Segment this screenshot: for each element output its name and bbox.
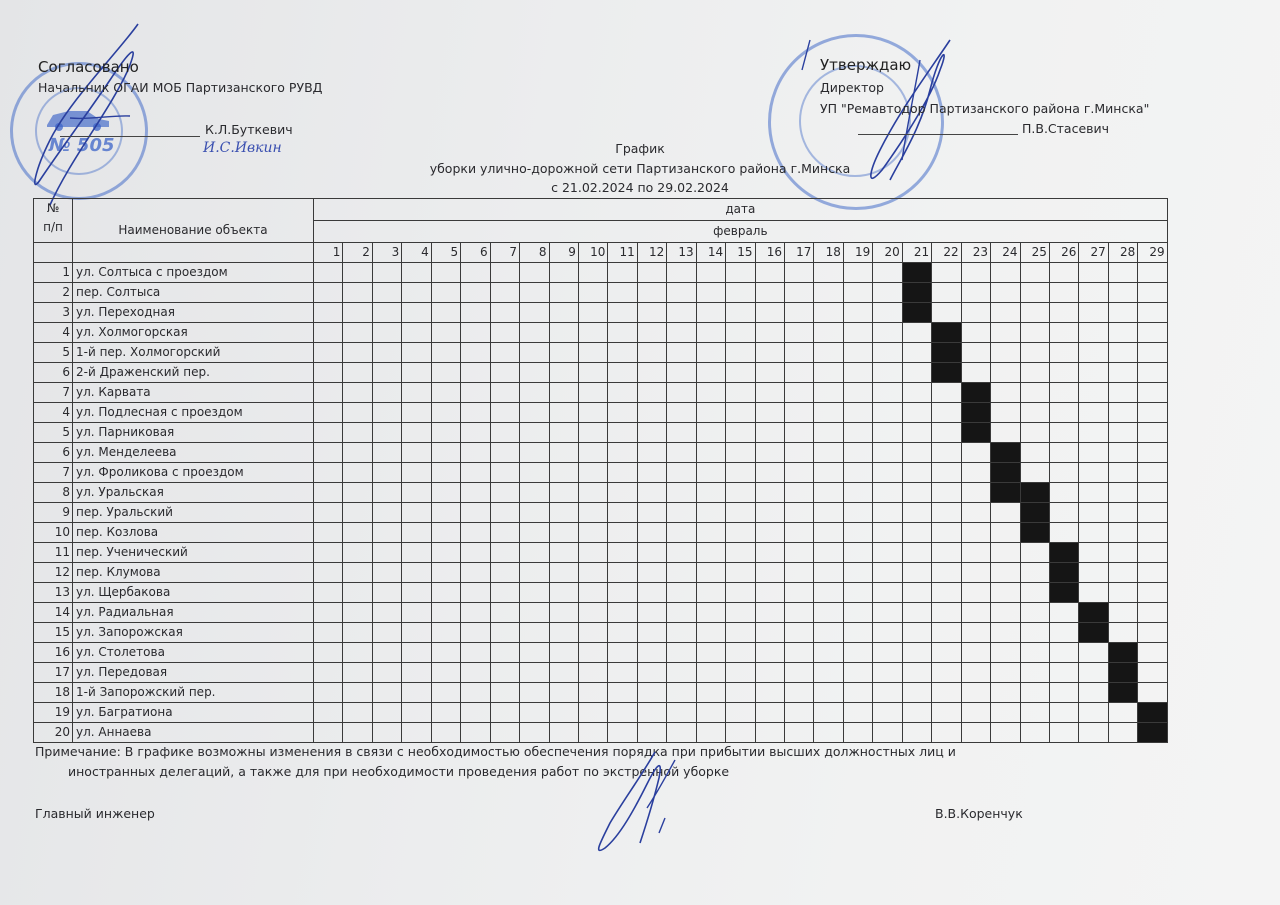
schedule-cell	[314, 423, 343, 443]
schedule-cell	[696, 723, 725, 743]
schedule-cell	[314, 683, 343, 703]
schedule-cell	[343, 423, 372, 443]
schedule-cell	[578, 423, 607, 443]
schedule-cell	[431, 403, 460, 423]
row-number: 7	[34, 463, 73, 483]
schedule-cell	[549, 663, 578, 683]
schedule-cell	[843, 483, 872, 503]
schedule-cell	[961, 503, 990, 523]
schedule-cell	[696, 563, 725, 583]
schedule-cell	[667, 643, 696, 663]
schedule-cell	[961, 663, 990, 683]
schedule-cell	[608, 423, 637, 443]
schedule-cell	[431, 483, 460, 503]
schedule-cell	[549, 563, 578, 583]
schedule-cell	[461, 423, 490, 443]
schedule-cell	[755, 383, 784, 403]
schedule-cell	[961, 583, 990, 603]
schedule-cell	[314, 703, 343, 723]
scheduled-cell	[902, 263, 931, 283]
schedule-cell	[814, 443, 843, 463]
schedule-cell	[726, 483, 755, 503]
schedule-cell	[578, 523, 607, 543]
schedule-cell	[1049, 263, 1078, 283]
schedule-cell	[755, 583, 784, 603]
schedule-cell	[1108, 303, 1137, 323]
schedule-cell	[1020, 263, 1049, 283]
schedule-cell	[1138, 623, 1167, 643]
schedule-cell	[696, 583, 725, 603]
document-title: График	[540, 141, 740, 156]
schedule-cell	[785, 563, 814, 583]
schedule-cell	[1020, 283, 1049, 303]
schedule-cell	[843, 703, 872, 723]
schedule-cell	[726, 603, 755, 623]
schedule-cell	[932, 503, 961, 523]
day-number: 7	[490, 243, 519, 263]
schedule-cell	[1108, 363, 1137, 383]
schedule-cell	[785, 643, 814, 663]
schedule-cell	[1049, 643, 1078, 663]
schedule-cell	[696, 283, 725, 303]
schedule-cell	[372, 683, 401, 703]
schedule-cell	[314, 323, 343, 343]
row-number: 15	[34, 623, 73, 643]
schedule-cell	[696, 683, 725, 703]
schedule-cell	[549, 623, 578, 643]
approval-left-signatory: К.Л.Буткевич	[205, 122, 293, 137]
schedule-cell	[1138, 683, 1167, 703]
schedule-cell	[431, 563, 460, 583]
schedule-cell	[873, 363, 902, 383]
table-row: 6ул. Менделеева	[34, 443, 1168, 463]
schedule-cell	[608, 323, 637, 343]
schedule-cell	[490, 383, 519, 403]
schedule-cell	[637, 443, 666, 463]
schedule-cell	[814, 623, 843, 643]
row-object-name: ул. Переходная	[73, 303, 314, 323]
row-object-name: 1-й пер. Холмогорский	[73, 343, 314, 363]
header-name-empty	[73, 243, 314, 263]
row-object-name: ул. Карвата	[73, 383, 314, 403]
scheduled-cell	[1079, 623, 1108, 643]
schedule-cell	[1108, 283, 1137, 303]
schedule-cell	[520, 523, 549, 543]
schedule-cell	[873, 483, 902, 503]
schedule-cell	[461, 263, 490, 283]
schedule-cell	[726, 323, 755, 343]
schedule-cell	[961, 563, 990, 583]
schedule-cell	[814, 323, 843, 343]
schedule-cell	[873, 663, 902, 683]
schedule-cell	[549, 363, 578, 383]
schedule-cell	[726, 403, 755, 423]
day-number: 24	[991, 243, 1020, 263]
schedule-cell	[902, 403, 931, 423]
schedule-cell	[785, 343, 814, 363]
schedule-cell	[431, 383, 460, 403]
schedule-cell	[1020, 403, 1049, 423]
schedule-cell	[461, 443, 490, 463]
schedule-cell	[1020, 583, 1049, 603]
schedule-cell	[843, 343, 872, 363]
schedule-cell	[637, 523, 666, 543]
schedule-cell	[549, 523, 578, 543]
schedule-cell	[314, 503, 343, 523]
row-number: 20	[34, 723, 73, 743]
schedule-cell	[961, 283, 990, 303]
schedule-cell	[490, 363, 519, 383]
schedule-cell	[1108, 403, 1137, 423]
schedule-cell	[520, 443, 549, 463]
schedule-cell	[372, 503, 401, 523]
schedule-cell	[961, 463, 990, 483]
schedule-cell	[843, 623, 872, 643]
schedule-cell	[520, 563, 549, 583]
schedule-cell	[726, 723, 755, 743]
day-number: 14	[696, 243, 725, 263]
schedule-cell	[372, 343, 401, 363]
schedule-cell	[431, 703, 460, 723]
schedule-cell	[902, 523, 931, 543]
schedule-cell	[461, 643, 490, 663]
schedule-cell	[402, 603, 431, 623]
schedule-cell	[314, 663, 343, 683]
schedule-cell	[902, 663, 931, 683]
schedule-cell	[785, 463, 814, 483]
schedule-cell	[1079, 663, 1108, 683]
footer-signatory: В.В.Коренчук	[935, 806, 1023, 821]
schedule-cell	[961, 323, 990, 343]
schedule-cell	[402, 283, 431, 303]
row-object-name: ул. Солтыса с проездом	[73, 263, 314, 283]
schedule-cell	[814, 403, 843, 423]
schedule-cell	[1138, 323, 1167, 343]
day-number: 8	[520, 243, 549, 263]
schedule-cell	[991, 423, 1020, 443]
schedule-cell	[932, 463, 961, 483]
schedule-cell	[785, 323, 814, 343]
approval-left-heading: Согласовано	[38, 58, 139, 76]
schedule-cell	[402, 403, 431, 423]
schedule-cell	[961, 643, 990, 663]
schedule-cell	[785, 483, 814, 503]
row-number: 4	[34, 323, 73, 343]
schedule-cell	[549, 423, 578, 443]
schedule-cell	[520, 363, 549, 383]
table-row: 11пер. Ученический	[34, 543, 1168, 563]
row-object-name: пер. Солтыса	[73, 283, 314, 303]
table-row: 19ул. Багратиона	[34, 703, 1168, 723]
row-number: 11	[34, 543, 73, 563]
schedule-cell	[520, 483, 549, 503]
schedule-cell	[1079, 703, 1108, 723]
row-object-name: 2-й Драженский пер.	[73, 363, 314, 383]
schedule-cell	[402, 583, 431, 603]
day-number: 20	[873, 243, 902, 263]
schedule-cell	[843, 563, 872, 583]
schedule-cell	[726, 663, 755, 683]
schedule-cell	[343, 463, 372, 483]
schedule-cell	[873, 683, 902, 703]
schedule-cell	[991, 383, 1020, 403]
scheduled-cell	[932, 363, 961, 383]
schedule-cell	[1108, 523, 1137, 543]
schedule-cell	[814, 583, 843, 603]
schedule-cell	[1020, 463, 1049, 483]
schedule-cell	[1049, 283, 1078, 303]
schedule-cell	[1108, 723, 1137, 743]
schedule-cell	[785, 543, 814, 563]
schedule-cell	[549, 463, 578, 483]
table-row: 7ул. Фроликова с проездом	[34, 463, 1168, 483]
schedule-cell	[902, 603, 931, 623]
row-object-name: пер. Клумова	[73, 563, 314, 583]
row-number: 19	[34, 703, 73, 723]
day-number: 4	[402, 243, 431, 263]
schedule-cell	[1049, 403, 1078, 423]
row-object-name: ул. Парниковая	[73, 423, 314, 443]
schedule-cell	[1079, 463, 1108, 483]
schedule-cell	[1138, 583, 1167, 603]
schedule-cell	[696, 303, 725, 323]
schedule-cell	[608, 283, 637, 303]
schedule-cell	[873, 563, 902, 583]
schedule-cell	[1020, 363, 1049, 383]
schedule-cell	[814, 283, 843, 303]
schedule-cell	[549, 263, 578, 283]
schedule-cell	[314, 343, 343, 363]
schedule-cell	[932, 703, 961, 723]
schedule-cell	[461, 403, 490, 423]
schedule-cell	[726, 463, 755, 483]
schedule-cell	[1138, 343, 1167, 363]
schedule-cell	[637, 403, 666, 423]
schedule-cell	[726, 383, 755, 403]
schedule-cell	[1049, 523, 1078, 543]
table-row: 4ул. Холмогорская	[34, 323, 1168, 343]
scheduled-cell	[932, 323, 961, 343]
schedule-cell	[814, 603, 843, 623]
schedule-cell	[578, 363, 607, 383]
schedule-cell	[578, 443, 607, 463]
schedule-cell	[902, 483, 931, 503]
day-number: 16	[755, 243, 784, 263]
schedule-cell	[1138, 563, 1167, 583]
scheduled-cell	[961, 383, 990, 403]
signature-footer	[585, 748, 695, 858]
schedule-cell	[549, 343, 578, 363]
schedule-cell	[402, 363, 431, 383]
schedule-cell	[608, 683, 637, 703]
schedule-cell	[1020, 423, 1049, 443]
schedule-cell	[549, 443, 578, 463]
schedule-cell	[372, 703, 401, 723]
day-number: 28	[1108, 243, 1137, 263]
schedule-cell	[549, 583, 578, 603]
row-number: 1	[34, 263, 73, 283]
day-number: 27	[1079, 243, 1108, 263]
schedule-cell	[578, 583, 607, 603]
schedule-cell	[785, 603, 814, 623]
row-object-name: ул. Столетова	[73, 643, 314, 663]
schedule-cell	[578, 703, 607, 723]
schedule-cell	[726, 623, 755, 643]
schedule-cell	[402, 563, 431, 583]
header-month: февраль	[314, 221, 1168, 243]
schedule-cell	[549, 303, 578, 323]
schedule-cell	[1020, 323, 1049, 343]
schedule-cell	[578, 483, 607, 503]
schedule-cell	[343, 503, 372, 523]
row-number: 14	[34, 603, 73, 623]
scheduled-cell	[902, 283, 931, 303]
row-number: 3	[34, 303, 73, 323]
day-number: 2	[343, 243, 372, 263]
schedule-cell	[578, 403, 607, 423]
schedule-cell	[873, 503, 902, 523]
schedule-cell	[549, 603, 578, 623]
schedule-cell	[696, 363, 725, 383]
schedule-cell	[402, 663, 431, 683]
schedule-cell	[755, 263, 784, 283]
schedule-cell	[667, 463, 696, 483]
header-number: №п/п	[34, 199, 73, 243]
schedule-cell	[372, 643, 401, 663]
schedule-cell	[637, 423, 666, 443]
schedule-cell	[461, 323, 490, 343]
schedule-cell	[785, 423, 814, 443]
schedule-cell	[490, 583, 519, 603]
scheduled-cell	[1020, 503, 1049, 523]
schedule-cell	[902, 503, 931, 523]
schedule-cell	[961, 483, 990, 503]
schedule-cell	[785, 523, 814, 543]
schedule-cell	[549, 723, 578, 743]
schedule-cell	[696, 403, 725, 423]
table-row: 181-й Запорожский пер.	[34, 683, 1168, 703]
day-number: 1	[314, 243, 343, 263]
schedule-cell	[667, 603, 696, 623]
schedule-cell	[726, 303, 755, 323]
header-object-name: Наименование объекта	[73, 199, 314, 243]
schedule-cell	[314, 583, 343, 603]
schedule-cell	[343, 403, 372, 423]
schedule-cell	[1049, 683, 1078, 703]
schedule-cell	[431, 583, 460, 603]
schedule-cell	[372, 623, 401, 643]
row-number: 13	[34, 583, 73, 603]
schedule-cell	[490, 623, 519, 643]
schedule-cell	[814, 723, 843, 743]
schedule-cell	[637, 703, 666, 723]
row-object-name: ул. Менделеева	[73, 443, 314, 463]
schedule-cell	[402, 483, 431, 503]
schedule-cell	[814, 343, 843, 363]
schedule-cell	[549, 683, 578, 703]
schedule-cell	[667, 523, 696, 543]
scheduled-cell	[1108, 663, 1137, 683]
schedule-cell	[843, 263, 872, 283]
schedule-cell	[843, 503, 872, 523]
schedule-cell	[755, 323, 784, 343]
row-number: 5	[34, 423, 73, 443]
schedule-cell	[1108, 343, 1137, 363]
schedule-cell	[667, 503, 696, 523]
schedule-cell	[461, 683, 490, 703]
schedule-cell	[637, 603, 666, 623]
schedule-cell	[873, 603, 902, 623]
schedule-cell	[873, 283, 902, 303]
schedule-cell	[843, 283, 872, 303]
schedule-cell	[696, 383, 725, 403]
schedule-cell	[843, 463, 872, 483]
schedule-cell	[814, 463, 843, 483]
schedule-cell	[578, 683, 607, 703]
schedule-cell	[431, 423, 460, 443]
schedule-cell	[961, 623, 990, 643]
schedule-cell	[1020, 563, 1049, 583]
schedule-cell	[961, 603, 990, 623]
schedule-cell	[667, 343, 696, 363]
scheduled-cell	[1049, 563, 1078, 583]
schedule-cell	[902, 623, 931, 643]
schedule-cell	[726, 343, 755, 363]
schedule-cell	[314, 443, 343, 463]
schedule-cell	[314, 463, 343, 483]
schedule-cell	[961, 443, 990, 463]
schedule-cell	[932, 643, 961, 663]
schedule-cell	[343, 303, 372, 323]
schedule-cell	[578, 603, 607, 623]
schedule-cell	[314, 563, 343, 583]
schedule-cell	[372, 583, 401, 603]
schedule-cell	[343, 263, 372, 283]
schedule-cell	[1138, 523, 1167, 543]
schedule-cell	[902, 723, 931, 743]
schedule-cell	[343, 663, 372, 683]
row-object-name: пер. Ученический	[73, 543, 314, 563]
scheduled-cell	[932, 343, 961, 363]
schedule-cell	[785, 683, 814, 703]
schedule-cell	[549, 323, 578, 343]
schedule-cell	[961, 683, 990, 703]
schedule-cell	[932, 543, 961, 563]
row-number: 7	[34, 383, 73, 403]
schedule-cell	[1138, 503, 1167, 523]
schedule-cell	[991, 343, 1020, 363]
schedule-cell	[608, 663, 637, 683]
schedule-cell	[814, 423, 843, 443]
schedule-cell	[873, 323, 902, 343]
schedule-cell	[461, 563, 490, 583]
day-number: 5	[431, 243, 460, 263]
schedule-cell	[873, 403, 902, 423]
schedule-cell	[726, 423, 755, 443]
schedule-cell	[1108, 483, 1137, 503]
schedule-cell	[814, 563, 843, 583]
schedule-cell	[578, 323, 607, 343]
schedule-cell	[785, 403, 814, 423]
schedule-cell	[1138, 423, 1167, 443]
schedule-cell	[461, 543, 490, 563]
schedule-cell	[608, 463, 637, 483]
schedule-cell	[402, 323, 431, 343]
header-row-days: 1234567891011121314151617181920212223242…	[34, 243, 1168, 263]
day-number: 9	[549, 243, 578, 263]
schedule-cell	[402, 423, 431, 443]
schedule-cell	[608, 343, 637, 363]
